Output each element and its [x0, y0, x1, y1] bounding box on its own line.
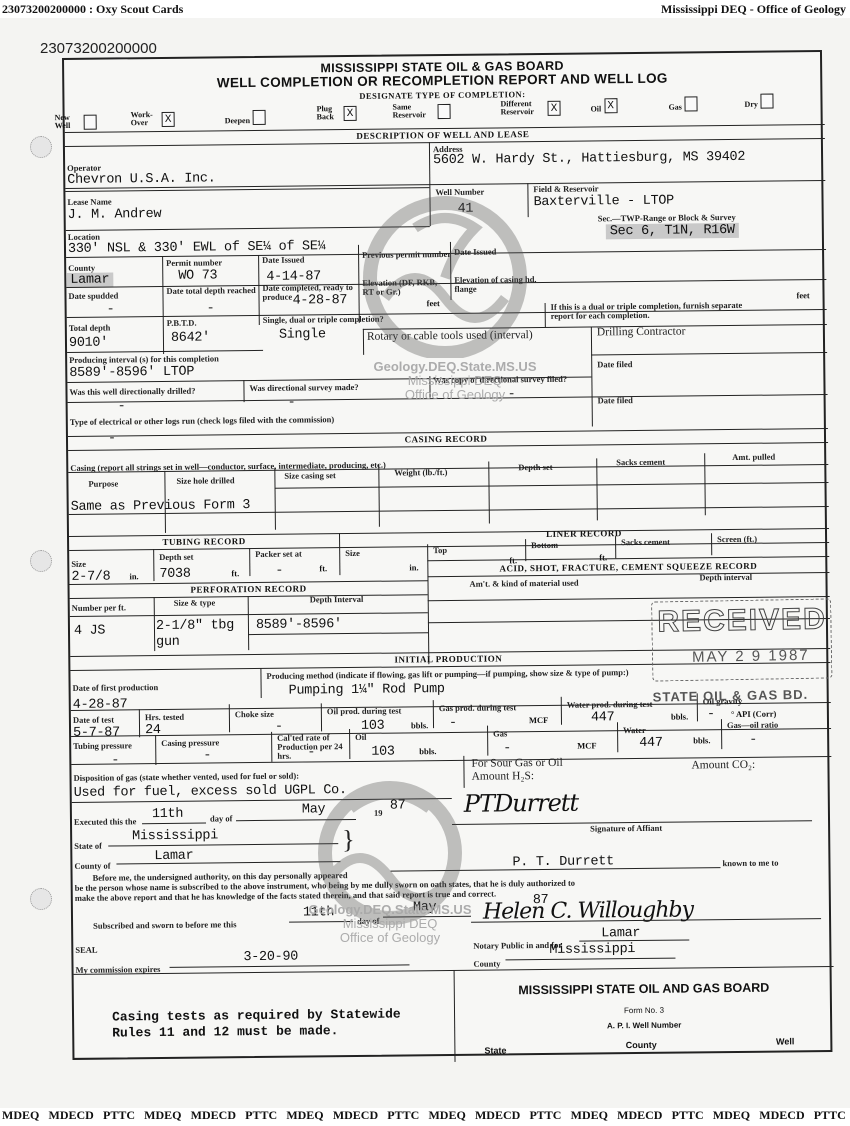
divider	[153, 549, 154, 581]
page-footer: MDEQ MDECD PTTC MDEQ MDECD PTTC MDEQ MDE…	[0, 1108, 850, 1126]
divider	[427, 544, 429, 664]
completion-kind-value: Single	[279, 327, 326, 342]
checkbox-dry[interactable]: Dry	[744, 94, 773, 109]
watermark: Geology.DEQ.State.MS.US Mississippi DEQ …	[280, 903, 500, 945]
scanned-document: 23073200200000 Form No. 3 MISSISSIPPI ST…	[0, 18, 850, 1108]
api-number: 23073200200000	[40, 40, 157, 57]
address-value: 5602 W. Hardy St., Hattiesburg, MS 39402	[433, 150, 745, 168]
checkbox-box[interactable]: X	[344, 106, 357, 121]
section-title-tubing: TUBING RECORD	[69, 535, 339, 548]
checkbox-different-reservoir[interactable]: Different Reservoir X	[500, 100, 560, 117]
lease-name-value: J. M. Andrew	[68, 207, 162, 223]
divider	[260, 668, 261, 698]
casing-test-note: Casing tests as required by Statewide Ru…	[112, 1007, 401, 1042]
divider	[488, 462, 490, 524]
checkbox-box[interactable]: X	[547, 101, 560, 116]
affidavit-state-value: Mississippi	[132, 828, 218, 844]
perforation-size-value: 2-1/8" tbg gun	[156, 618, 248, 651]
perforation-number-value: 4 JS	[74, 624, 105, 639]
checkbox-box[interactable]: X	[604, 98, 617, 113]
checkbox-box[interactable]	[84, 115, 97, 130]
producing-method-value: Pumping 1¼" Rod Pump	[289, 682, 445, 699]
checkbox-gas[interactable]: Gas	[668, 96, 697, 111]
checkbox-same-reservoir[interactable]: Same Reservoir	[392, 103, 450, 120]
divider	[721, 719, 722, 749]
checkbox-oil[interactable]: Oil X	[590, 98, 617, 113]
page-header-left: 23073200200000 : Oxy Scout Cards	[2, 2, 183, 17]
checkbox-box[interactable]: X	[162, 112, 175, 127]
executed-day-value: 11th	[152, 807, 183, 822]
divider	[243, 380, 244, 402]
divider	[433, 700, 434, 728]
mdeq-logo-icon	[345, 188, 545, 358]
divider	[274, 468, 276, 530]
divider	[561, 697, 562, 725]
underline	[170, 964, 410, 968]
date-of-test-value: 5-7-87	[73, 725, 120, 740]
notary-county-value: Mississippi	[549, 942, 635, 958]
water-24hr-value: 447	[639, 736, 663, 751]
underline	[142, 823, 206, 825]
divider	[155, 735, 156, 765]
pbtd-value: 8642'	[171, 330, 210, 345]
divider	[525, 539, 526, 561]
divider	[378, 465, 380, 527]
punch-hole	[30, 550, 52, 572]
divider	[591, 352, 827, 355]
divider	[711, 533, 712, 555]
date-completed-value: 4-28-87	[292, 293, 347, 309]
divider	[162, 256, 164, 354]
operator-value: Chevron U.S.A. Inc.	[67, 171, 215, 188]
water-prod-test-value: 447	[591, 710, 615, 725]
page-header: 23073200200000 : Oxy Scout Cards Mississ…	[0, 0, 850, 18]
checkbox-deepen[interactable]: Deepen	[225, 110, 266, 125]
underline	[505, 958, 675, 961]
divider	[596, 458, 598, 520]
checkbox-box[interactable]	[253, 110, 266, 125]
sec-twp-value: Sec 6, T1N, R16W	[606, 223, 739, 239]
checkbox-box[interactable]	[438, 104, 451, 119]
checkbox-box[interactable]	[761, 94, 774, 109]
divider	[275, 482, 829, 489]
divider	[139, 709, 140, 737]
divider	[615, 536, 616, 558]
producing-interval-value: 8589'-8596' LTOP	[69, 365, 194, 381]
oil-24hr-value: 103	[371, 745, 395, 760]
commission-expires-value: 3-20-90	[243, 950, 298, 966]
checkbox-new-well[interactable]: New Well	[55, 114, 97, 130]
checkbox-box[interactable]	[685, 96, 698, 111]
checkbox-work-over[interactable]: Work-Over X	[131, 111, 175, 127]
permit-number-value: WO 73	[178, 268, 217, 283]
watermark: Geology.DEQ.State.MS.US Mississippi DEQ …	[345, 360, 565, 402]
perforation-depth-value: 8589'-8596'	[256, 617, 342, 633]
punch-hole	[30, 888, 52, 910]
divider	[617, 722, 618, 752]
field-reservoir-value: Baxterville - LTOP	[533, 194, 674, 210]
tubing-depth-value: 7038	[159, 567, 190, 582]
board-stamp-block: MISSISSIPPI STATE OIL AND GAS BOARD Form…	[454, 980, 835, 1056]
punch-hole	[30, 136, 52, 158]
divider	[249, 548, 250, 576]
page-header-right: Mississippi DEQ - Office of Geology	[661, 2, 846, 17]
checkbox-plug-back[interactable]: Plug Back X	[317, 105, 357, 121]
divider	[271, 732, 272, 762]
received-stamp: RECEIVED MAY 2 9 1987 STATE OIL & GAS BD…	[651, 598, 833, 711]
total-depth-value: 9010'	[69, 336, 108, 351]
divider	[487, 726, 488, 756]
